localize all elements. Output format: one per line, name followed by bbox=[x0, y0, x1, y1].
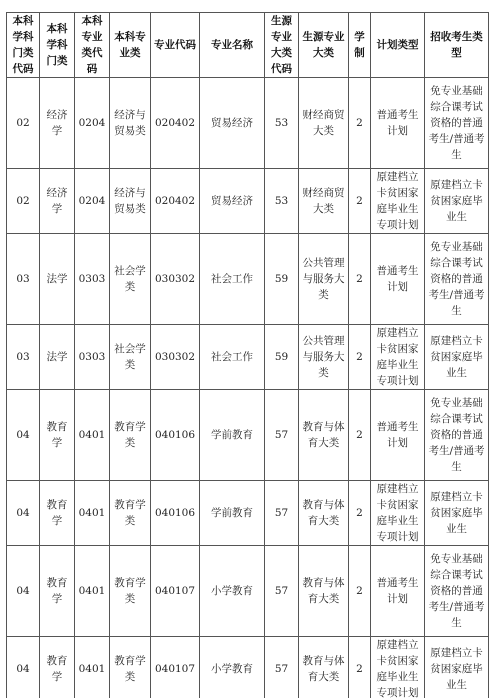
cell-major-name: 小学教育 bbox=[200, 637, 265, 698]
cell-student-type: 原建档立卡贫困家庭毕业生 bbox=[425, 481, 489, 546]
cell-plan-type: 原建档立卡贫困家庭毕业生专项计划 bbox=[371, 169, 425, 234]
cell-discipline: 经济学 bbox=[40, 78, 75, 169]
cell-class-code: 0303 bbox=[75, 325, 110, 390]
cell-source-name: 教育与体育大类 bbox=[299, 546, 349, 637]
cell-source-code: 59 bbox=[265, 325, 299, 390]
cell-discipline: 教育学 bbox=[40, 390, 75, 481]
cell-class-code: 0303 bbox=[75, 234, 110, 325]
cell-major-name: 社会工作 bbox=[200, 325, 265, 390]
table-row: 04 教育学 0401 教育学类 040107 小学教育 57 教育与体育大类 … bbox=[7, 546, 489, 637]
cell-discipline-code: 02 bbox=[7, 78, 40, 169]
header-discipline-code: 本科学科门类代码 bbox=[7, 13, 40, 78]
cell-student-type: 免专业基础综合课考试资格的普通考生/普通考生 bbox=[425, 546, 489, 637]
cell-discipline: 法学 bbox=[40, 325, 75, 390]
cell-source-code: 57 bbox=[265, 481, 299, 546]
cell-source-name: 教育与体育大类 bbox=[299, 481, 349, 546]
cell-class-code: 0204 bbox=[75, 169, 110, 234]
cell-discipline-code: 03 bbox=[7, 234, 40, 325]
header-source-name: 生源专业大类 bbox=[299, 13, 349, 78]
header-discipline: 本科学科门类 bbox=[40, 13, 75, 78]
cell-source-code: 53 bbox=[265, 78, 299, 169]
cell-plan-type: 普通考生计划 bbox=[371, 390, 425, 481]
cell-major-name: 学前教育 bbox=[200, 481, 265, 546]
cell-years: 2 bbox=[349, 390, 371, 481]
cell-class-name: 教育学类 bbox=[110, 637, 151, 698]
cell-class-name: 教育学类 bbox=[110, 481, 151, 546]
cell-source-name: 教育与体育大类 bbox=[299, 637, 349, 698]
cell-class-code: 0401 bbox=[75, 390, 110, 481]
cell-discipline: 教育学 bbox=[40, 481, 75, 546]
cell-major-code: 040107 bbox=[151, 637, 200, 698]
cell-discipline-code: 04 bbox=[7, 637, 40, 698]
cell-source-code: 57 bbox=[265, 637, 299, 698]
cell-plan-type: 普通考生计划 bbox=[371, 78, 425, 169]
cell-major-code: 020402 bbox=[151, 78, 200, 169]
cell-years: 2 bbox=[349, 234, 371, 325]
cell-major-name: 社会工作 bbox=[200, 234, 265, 325]
header-plan-type: 计划类型 bbox=[371, 13, 425, 78]
cell-major-name: 小学教育 bbox=[200, 546, 265, 637]
cell-discipline-code: 04 bbox=[7, 481, 40, 546]
cell-student-type: 原建档立卡贫困家庭毕业生 bbox=[425, 637, 489, 698]
cell-years: 2 bbox=[349, 546, 371, 637]
cell-years: 2 bbox=[349, 481, 371, 546]
cell-major-code: 030302 bbox=[151, 234, 200, 325]
cell-discipline: 教育学 bbox=[40, 546, 75, 637]
cell-source-name: 财经商贸大类 bbox=[299, 169, 349, 234]
cell-class-code: 0401 bbox=[75, 481, 110, 546]
table-row: 02 经济学 0204 经济与贸易类 020402 贸易经济 53 财经商贸大类… bbox=[7, 169, 489, 234]
cell-class-code: 0204 bbox=[75, 78, 110, 169]
cell-class-name: 经济与贸易类 bbox=[110, 78, 151, 169]
cell-plan-type: 原建档立卡贫困家庭毕业生专项计划 bbox=[371, 637, 425, 698]
header-major-name: 专业名称 bbox=[200, 13, 265, 78]
cell-class-name: 教育学类 bbox=[110, 390, 151, 481]
cell-discipline: 经济学 bbox=[40, 169, 75, 234]
cell-student-type: 免专业基础综合课考试资格的普通考生/普通考生 bbox=[425, 234, 489, 325]
cell-class-name: 社会学类 bbox=[110, 325, 151, 390]
cell-class-code: 0401 bbox=[75, 637, 110, 698]
cell-major-code: 040106 bbox=[151, 390, 200, 481]
table-row: 04 教育学 0401 教育学类 040106 学前教育 57 教育与体育大类 … bbox=[7, 481, 489, 546]
cell-discipline: 教育学 bbox=[40, 637, 75, 698]
cell-years: 2 bbox=[349, 325, 371, 390]
table-row: 04 教育学 0401 教育学类 040106 学前教育 57 教育与体育大类 … bbox=[7, 390, 489, 481]
admissions-plan-table: 本科学科门类代码 本科学科门类 本科专业类代码 本科专业类 专业代码 专业名称 … bbox=[6, 12, 489, 698]
cell-discipline-code: 04 bbox=[7, 546, 40, 637]
header-source-code: 生源专业大类代码 bbox=[265, 13, 299, 78]
cell-source-code: 59 bbox=[265, 234, 299, 325]
cell-source-code: 57 bbox=[265, 546, 299, 637]
cell-source-name: 财经商贸大类 bbox=[299, 78, 349, 169]
cell-source-code: 57 bbox=[265, 390, 299, 481]
header-class-code: 本科专业类代码 bbox=[75, 13, 110, 78]
cell-discipline-code: 03 bbox=[7, 325, 40, 390]
cell-student-type: 免专业基础综合课考试资格的普通考生/普通考生 bbox=[425, 390, 489, 481]
cell-plan-type: 普通考生计划 bbox=[371, 546, 425, 637]
cell-major-code: 040106 bbox=[151, 481, 200, 546]
cell-discipline-code: 02 bbox=[7, 169, 40, 234]
cell-major-name: 学前教育 bbox=[200, 390, 265, 481]
cell-years: 2 bbox=[349, 78, 371, 169]
header-row: 本科学科门类代码 本科学科门类 本科专业类代码 本科专业类 专业代码 专业名称 … bbox=[7, 13, 489, 78]
cell-student-type: 原建档立卡贫困家庭毕业生 bbox=[425, 169, 489, 234]
cell-student-type: 原建档立卡贫困家庭毕业生 bbox=[425, 325, 489, 390]
header-student-type: 招收考生类型 bbox=[425, 13, 489, 78]
cell-class-code: 0401 bbox=[75, 546, 110, 637]
cell-years: 2 bbox=[349, 637, 371, 698]
cell-class-name: 教育学类 bbox=[110, 546, 151, 637]
cell-plan-type: 原建档立卡贫困家庭毕业生专项计划 bbox=[371, 325, 425, 390]
header-years: 学制 bbox=[349, 13, 371, 78]
cell-source-name: 公共管理与服务大类 bbox=[299, 234, 349, 325]
table-row: 02 经济学 0204 经济与贸易类 020402 贸易经济 53 财经商贸大类… bbox=[7, 78, 489, 169]
cell-major-code: 030302 bbox=[151, 325, 200, 390]
cell-plan-type: 原建档立卡贫困家庭毕业生专项计划 bbox=[371, 481, 425, 546]
cell-major-code: 020402 bbox=[151, 169, 200, 234]
cell-student-type: 免专业基础综合课考试资格的普通考生/普通考生 bbox=[425, 78, 489, 169]
cell-major-code: 040107 bbox=[151, 546, 200, 637]
cell-class-name: 社会学类 bbox=[110, 234, 151, 325]
cell-discipline-code: 04 bbox=[7, 390, 40, 481]
cell-source-code: 53 bbox=[265, 169, 299, 234]
cell-class-name: 经济与贸易类 bbox=[110, 169, 151, 234]
cell-discipline: 法学 bbox=[40, 234, 75, 325]
table-row: 03 法学 0303 社会学类 030302 社会工作 59 公共管理与服务大类… bbox=[7, 234, 489, 325]
header-class-name: 本科专业类 bbox=[110, 13, 151, 78]
cell-source-name: 教育与体育大类 bbox=[299, 390, 349, 481]
cell-plan-type: 普通考生计划 bbox=[371, 234, 425, 325]
cell-years: 2 bbox=[349, 169, 371, 234]
cell-major-name: 贸易经济 bbox=[200, 78, 265, 169]
cell-major-name: 贸易经济 bbox=[200, 169, 265, 234]
header-major-code: 专业代码 bbox=[151, 13, 200, 78]
cell-source-name: 公共管理与服务大类 bbox=[299, 325, 349, 390]
table-row: 03 法学 0303 社会学类 030302 社会工作 59 公共管理与服务大类… bbox=[7, 325, 489, 390]
table-row: 04 教育学 0401 教育学类 040107 小学教育 57 教育与体育大类 … bbox=[7, 637, 489, 698]
